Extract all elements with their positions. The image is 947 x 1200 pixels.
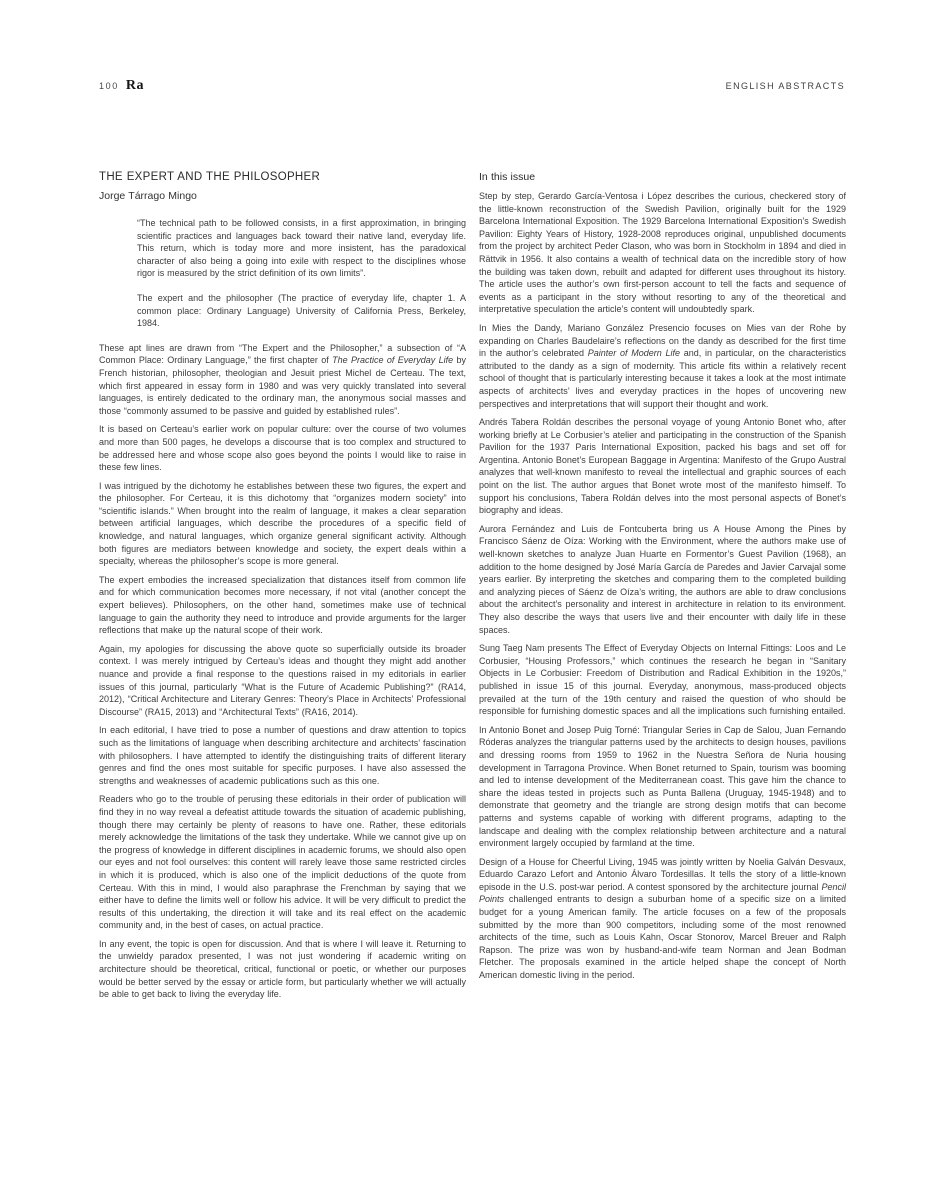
header-section-title: ENGLISH ABSTRACTS [726,81,845,91]
paragraph: In each editorial, I have tried to pose … [99,724,466,787]
paragraph: The expert embodies the increased specia… [99,574,466,637]
article-title: THE EXPERT AND THE PHILOSOPHER [99,171,466,184]
article-author: Jorge Tárrago Mingo [99,190,466,202]
quote-source: The expert and the philosopher (The prac… [137,292,466,330]
paragraph: Step by step, Gerardo García-Ventosa i L… [479,190,846,316]
paragraph: It is based on Certeau’s earlier work on… [99,423,466,473]
issue-overview-column: In this issue Step by step, Gerardo Garc… [479,171,846,1007]
paragraph: Aurora Fernández and Luis de Fontcuberta… [479,523,846,636]
header-left: 100 Ra [99,78,144,94]
paragraph: These apt lines are drawn from “The Expe… [99,342,466,418]
issue-heading: In this issue [479,171,846,183]
paragraph: I was intrigued by the dichotomy he esta… [99,480,466,568]
paragraph: Readers who go to the trouble of perusin… [99,793,466,932]
paragraph: Design of a House for Cheerful Living, 1… [479,856,846,982]
paragraph: In any event, the topic is open for disc… [99,938,466,1001]
page-number: 100 [99,81,119,91]
article-quote: “The technical path to be followed consi… [137,217,466,330]
journal-logo: Ra [126,78,144,94]
paragraph: Andrés Tabera Roldán describes the perso… [479,416,846,517]
quote-text: “The technical path to be followed consi… [137,217,466,280]
article-body: These apt lines are drawn from “The Expe… [99,342,466,1001]
paragraph: Sung Taeg Nam presents The Effect of Eve… [479,642,846,718]
abstracts-page: 100 Ra ENGLISH ABSTRACTS THE EXPERT AND … [0,0,947,1200]
paragraph: In Antonio Bonet and Josep Puig Torné: T… [479,724,846,850]
issue-body: Step by step, Gerardo García-Ventosa i L… [479,190,846,982]
paragraph: In Mies the Dandy, Mariano González Pres… [479,322,846,410]
page-header: 100 Ra ENGLISH ABSTRACTS [99,78,845,94]
two-column-layout: THE EXPERT AND THE PHILOSOPHER Jorge Tár… [99,171,846,1007]
article-abstract-column: THE EXPERT AND THE PHILOSOPHER Jorge Tár… [99,171,466,1007]
paragraph: Again, my apologies for discussing the a… [99,643,466,719]
